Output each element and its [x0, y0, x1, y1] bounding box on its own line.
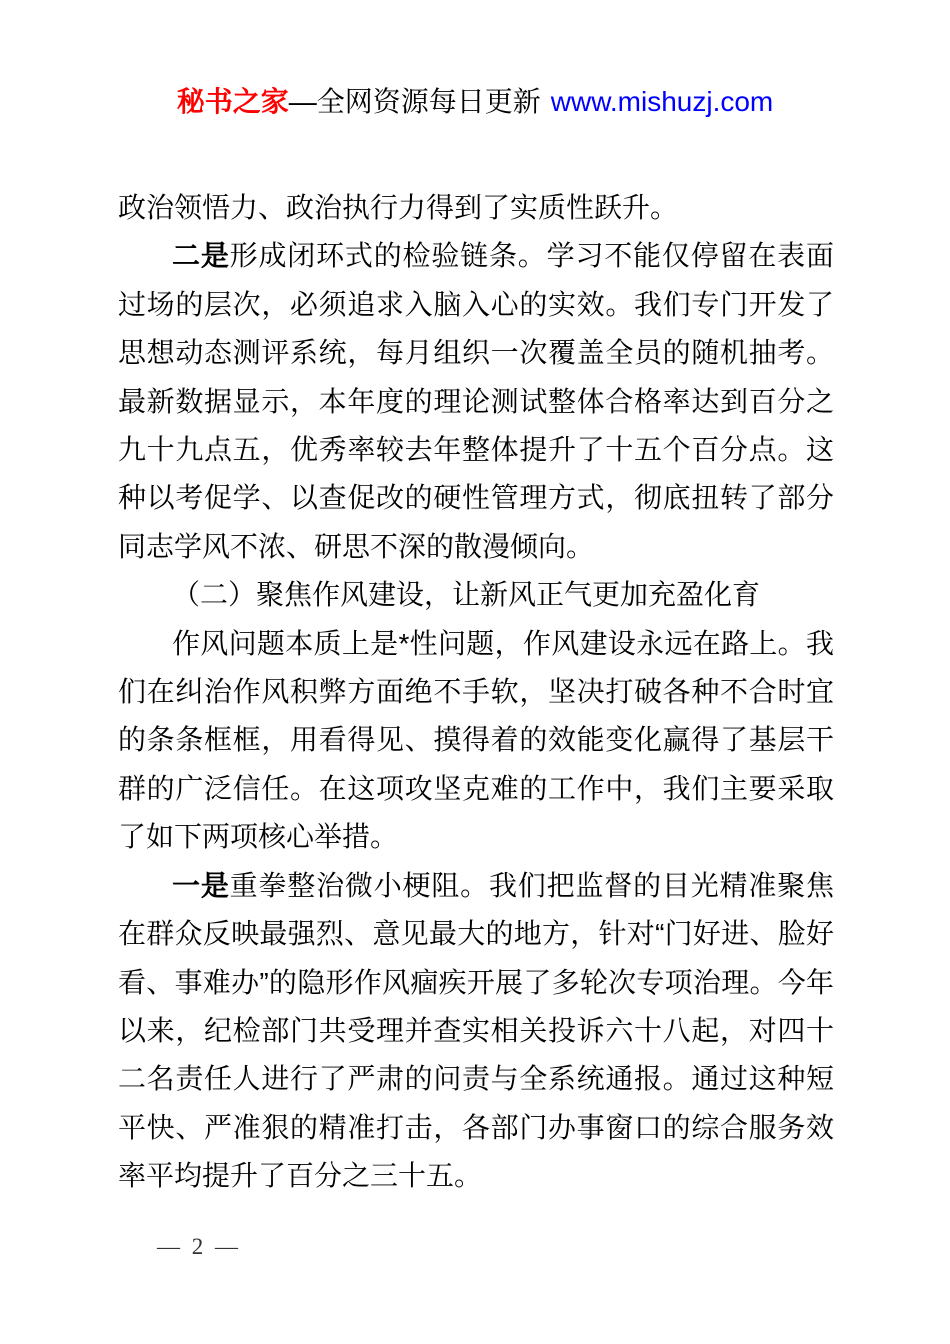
paragraph-lead-bold: 一是 [172, 870, 230, 901]
paragraph-text: 作风问题本质上是*性问题，作风建设永远在路上。我们在纠治作风积弊方面绝不手软，坚… [118, 628, 834, 853]
paragraph-text: 政治领悟力、政治执行力得到了实质性跃升。 [118, 192, 678, 223]
site-brand: 秘书之家 [177, 86, 289, 117]
paragraph-point-two: 二是形成闭环式的检验链条。学习不能仅停留在表面过场的层次，必须追求入脑入心的实效… [118, 232, 834, 571]
paragraph-continuation: 政治领悟力、政治执行力得到了实质性跃升。 [118, 184, 834, 232]
site-url-link[interactable]: www.mishuzj.com [551, 86, 773, 117]
paragraph-work-style: 作风问题本质上是*性问题，作风建设永远在路上。我们在纠治作风积弊方面绝不手软，坚… [118, 620, 834, 862]
section-heading-two: （二）聚焦作风建设，让新风正气更加充盈化育 [118, 571, 834, 619]
document-body: 政治领悟力、政治执行力得到了实质性跃升。 二是形成闭环式的检验链条。学习不能仅停… [118, 184, 834, 1201]
document-page: 秘书之家—全网资源每日更新www.mishuzj.com 政治领悟力、政治执行力… [0, 0, 950, 1344]
paragraph-lead-bold: 二是 [172, 240, 230, 271]
page-number: — 2 — [157, 1234, 241, 1260]
section-heading-text: （二）聚焦作风建设，让新风正气更加充盈化育 [172, 579, 760, 610]
paragraph-text: 形成闭环式的检验链条。学习不能仅停留在表面过场的层次，必须追求入脑入心的实效。我… [118, 240, 834, 561]
paragraph-text: 重拳整治微小梗阻。我们把监督的目光精准聚焦在群众反映最强烈、意见最大的地方，针对… [118, 870, 834, 1191]
site-banner: 秘书之家—全网资源每日更新www.mishuzj.com [0, 86, 950, 118]
site-tagline: —全网资源每日更新 [289, 86, 541, 117]
paragraph-point-one: 一是重拳整治微小梗阻。我们把监督的目光精准聚焦在群众反映最强烈、意见最大的地方，… [118, 862, 834, 1201]
